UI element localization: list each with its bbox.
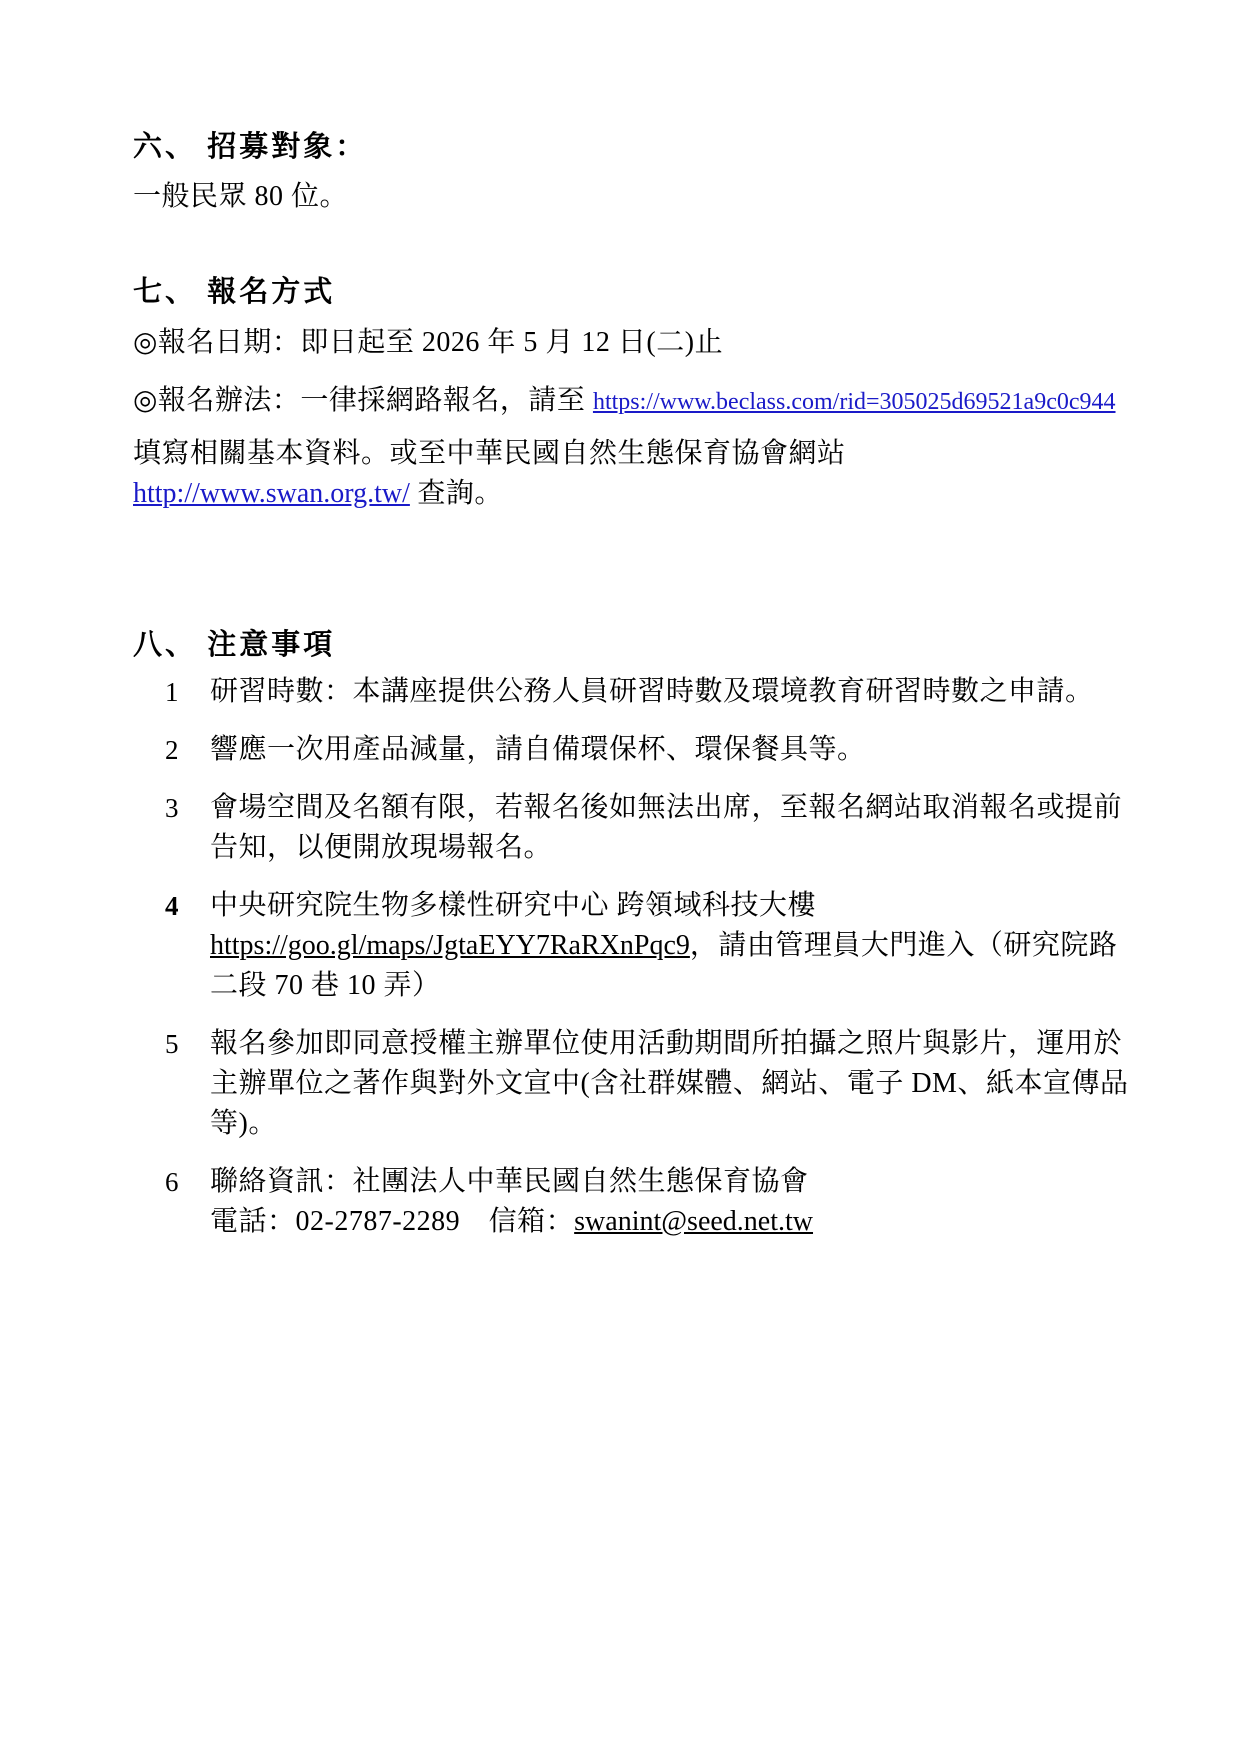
note-4-line1: 中央研究院生物多樣性研究中心 跨領域科技大樓 — [210, 890, 816, 921]
note-2-text: 響應一次用產品減量，請自備環保杯、環保餐具等。 — [210, 730, 1133, 770]
section-7-heading: 七、 報名方式 — [133, 271, 1133, 313]
note-1-number: 1 — [165, 672, 210, 712]
fill-info-line: 填寫相關基本資料。或至中華民國自然生態保育協會網站 — [133, 438, 846, 469]
note-3-number: 3 — [165, 788, 210, 828]
note-1-text: 研習時數：本講座提供公務人員研習時數及環境教育研習時數之申請。 — [210, 672, 1133, 712]
swan-link-suffix: 查詢。 — [410, 478, 503, 509]
note-item-2: 2 響應一次用產品減量，請自備環保杯、環保餐具等。 — [133, 730, 1133, 770]
note-3-text: 會場空間及名額有限，若報名後如無法出席，至報名網站取消報名或提前 告知，以便開放… — [210, 788, 1133, 868]
note-item-6: 6 聯絡資訊：社團法人中華民國自然生態保育協會電話：02-2787-2289 信… — [133, 1162, 1133, 1242]
document-page: 六、 招募對象： 一般民眾 80 位。 七、 報名方式 ◎報名日期：即日起至 2… — [0, 0, 1241, 1755]
note-item-5: 5 報名參加即同意授權主辦單位使用活動期間所拍攝之照片與影片，運用於 主辦單位之… — [133, 1024, 1133, 1144]
registration-fill-paragraph: 填寫相關基本資料。或至中華民國自然生態保育協會網站http://www.swan… — [133, 434, 1133, 514]
note-4-number: 4 — [165, 886, 210, 926]
registration-method-line: ◎報名辦法：一律採網路報名，請至 https://www.beclass.com… — [133, 381, 1133, 422]
note-item-1: 1 研習時數：本講座提供公務人員研習時數及環境教育研習時數之申請。 — [133, 672, 1133, 712]
google-maps-link[interactable]: https://goo.gl/maps/JgtaEYY7RaRXnPqc9 — [210, 930, 690, 961]
note-6-line1: 聯絡資訊：社團法人中華民國自然生態保育協會 — [210, 1166, 809, 1197]
note-item-4: 4 中央研究院生物多樣性研究中心 跨領域科技大樓https://goo.gl/m… — [133, 886, 1133, 1006]
note-6-phone: 電話：02-2787-2289 信箱： — [210, 1206, 574, 1237]
section-8-heading: 八、 注意事項 — [133, 624, 1133, 666]
email-link[interactable]: swanint@seed.net.tw — [574, 1206, 813, 1237]
note-6-number: 6 — [165, 1162, 210, 1202]
note-4-line3: 二段 70 巷 10 弄） — [210, 970, 441, 1001]
section-6-heading: 六、 招募對象： — [133, 126, 1133, 168]
registration-method-prefix: ◎報名辦法：一律採網路報名，請至 — [133, 385, 593, 416]
swan-website-link[interactable]: http://www.swan.org.tw/ — [133, 478, 410, 509]
note-4-line2-after: ，請由管理員大門進入（研究院路 — [690, 930, 1118, 961]
note-2-number: 2 — [165, 730, 210, 770]
notes-list: 1 研習時數：本講座提供公務人員研習時數及環境教育研習時數之申請。 2 響應一次… — [133, 672, 1133, 1242]
note-item-3: 3 會場空間及名額有限，若報名後如無法出席，至報名網站取消報名或提前 告知，以便… — [133, 788, 1133, 868]
recruit-body: 一般民眾 80 位。 — [133, 177, 1133, 217]
note-5-number: 5 — [165, 1024, 210, 1064]
beclass-registration-link[interactable]: https://www.beclass.com/rid=305025d69521… — [593, 389, 1116, 415]
note-6-text: 聯絡資訊：社團法人中華民國自然生態保育協會電話：02-2787-2289 信箱：… — [210, 1162, 1133, 1242]
note-4-text: 中央研究院生物多樣性研究中心 跨領域科技大樓https://goo.gl/map… — [210, 886, 1133, 1006]
note-5-text: 報名參加即同意授權主辦單位使用活動期間所拍攝之照片與影片，運用於 主辦單位之著作… — [210, 1024, 1133, 1144]
registration-date-line: ◎報名日期：即日起至 2026 年 5 月 12 日(二)止 — [133, 323, 1133, 363]
document-content: 六、 招募對象： 一般民眾 80 位。 七、 報名方式 ◎報名日期：即日起至 2… — [133, 0, 1133, 1260]
